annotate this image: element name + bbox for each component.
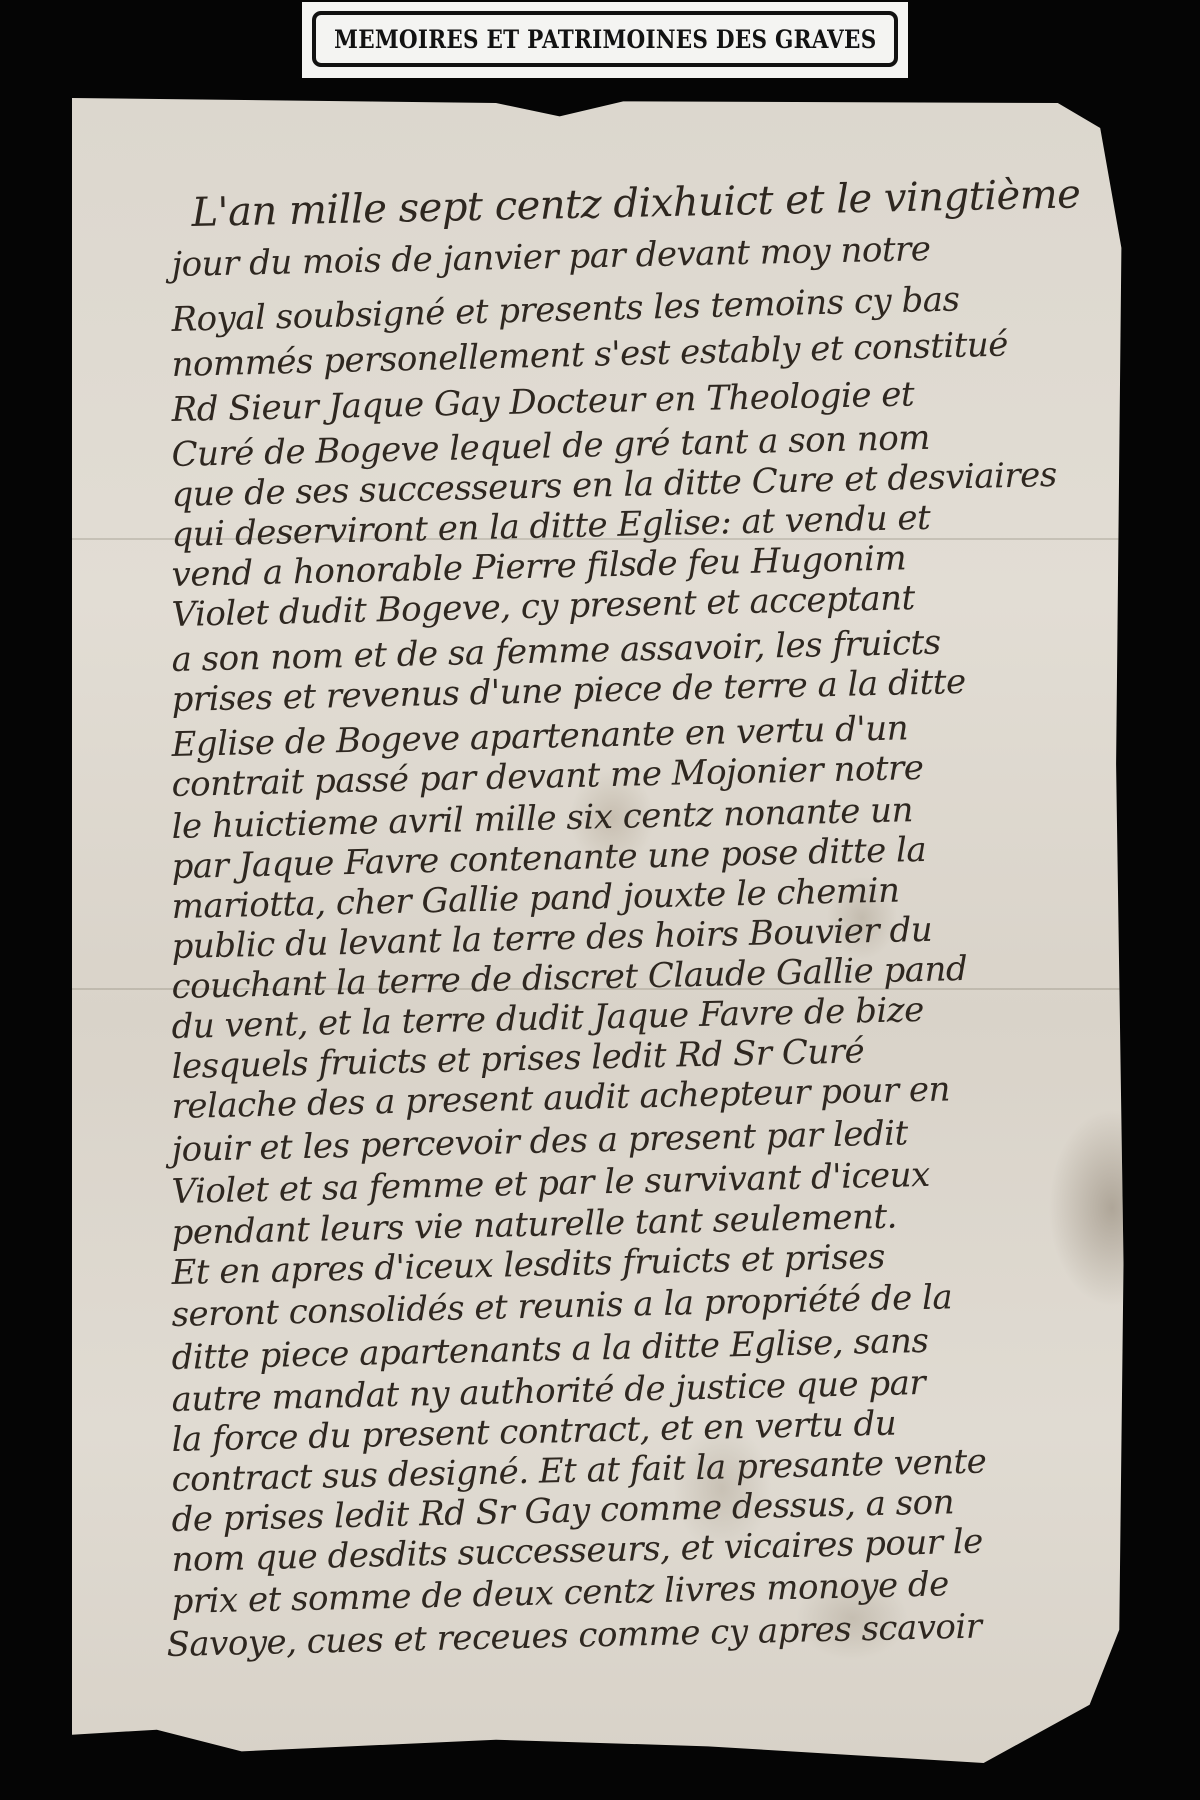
manuscript-page: L'an mille sept centz dixhuict et le vin…: [72, 98, 1132, 1763]
archive-label-frame: MEMOIRES ET PATRIMOINES DES GRAVES: [312, 11, 898, 67]
archive-label-text: MEMOIRES ET PATRIMOINES DES GRAVES: [334, 25, 876, 54]
manuscript-line: jour du mois de janvier par devant moy n…: [171, 232, 930, 282]
manuscript-text: L'an mille sept centz dixhuict et le vin…: [72, 98, 1132, 1763]
manuscript-line: Rd Sieur Jaque Gay Docteur en Theologie …: [171, 377, 914, 427]
archive-label: MEMOIRES ET PATRIMOINES DES GRAVES: [302, 2, 908, 78]
manuscript-line: L'an mille sept centz dixhuict et le vin…: [191, 174, 1081, 233]
